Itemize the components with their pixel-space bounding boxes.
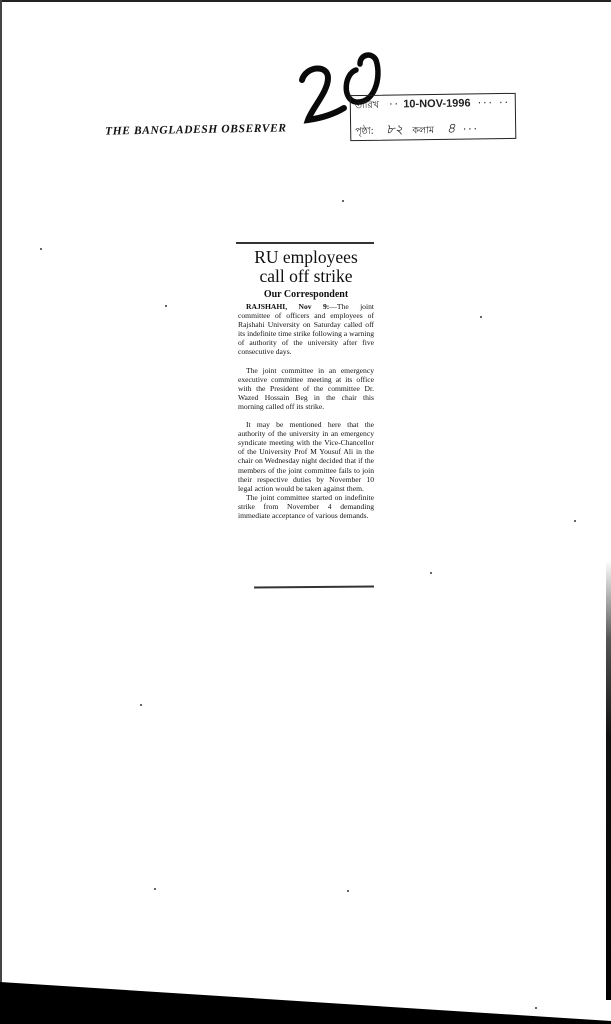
scan-speck [342,200,344,202]
scan-top-edge [0,0,611,2]
stamp-dots: ·· [389,98,400,110]
stamp-column-value: ৪ [446,121,455,137]
headline-line-1: RU employees [254,247,358,267]
stamp-page-value: ৮২ [386,122,403,137]
scan-speck [430,572,432,574]
scan-speck [574,520,576,522]
article-body: RAJSHAHI, Nov 9:—The joint committee of … [238,302,374,529]
article-paragraph: The joint committee in an emergency exec… [238,366,374,411]
scan-speck [480,316,482,318]
archive-stamp: তারিখ ·· 10-NOV-1996 ··· ·· পৃষ্ঠা: ৮২ ক… [350,93,517,141]
scan-speck [165,305,167,307]
scan-bottom-shadow [0,964,611,1024]
stamp-date-label: তারিখ [355,100,379,111]
article-headline: RU employees call off strike [236,248,376,286]
article-byline: Our Correspondent [236,289,376,300]
article-paragraph: It may be mentioned here that the author… [238,420,374,493]
scan-speck [40,248,42,250]
paragraph-text: —The joint committee of officers and emp… [238,302,374,356]
stamp-dots: ··· [463,123,479,135]
stamp-page-row: পৃষ্ঠা: ৮২ কলাম ৪ ··· [355,116,479,142]
article-top-rule [236,242,374,244]
stamp-page-label: পৃষ্ঠা: [355,126,374,137]
scan-speck [535,1007,537,1009]
article-paragraph: The joint committee started on indefinit… [238,493,374,520]
scan-speck [154,888,156,890]
article-paragraph: RAJSHAHI, Nov 9:—The joint committee of … [238,302,374,357]
scan-right-edge-shadow [606,560,611,1000]
publication-name: THE BANGLADESH OBSERVER [105,122,287,137]
scan-speck [347,890,349,892]
stamp-date-value: 10-NOV-1996 [403,97,470,110]
headline-line-2: call off strike [260,266,353,286]
article-dateline: RAJSHAHI, Nov 9: [246,302,329,311]
scan-left-edge [0,0,2,1000]
stamp-column-label: কলাম [412,125,434,136]
stamp-dots: ··· ·· [478,97,510,109]
stamp-date-row: তারিখ ·· 10-NOV-1996 ··· ·· [355,97,510,114]
scan-speck [140,704,142,706]
article-bottom-rule [254,585,374,588]
